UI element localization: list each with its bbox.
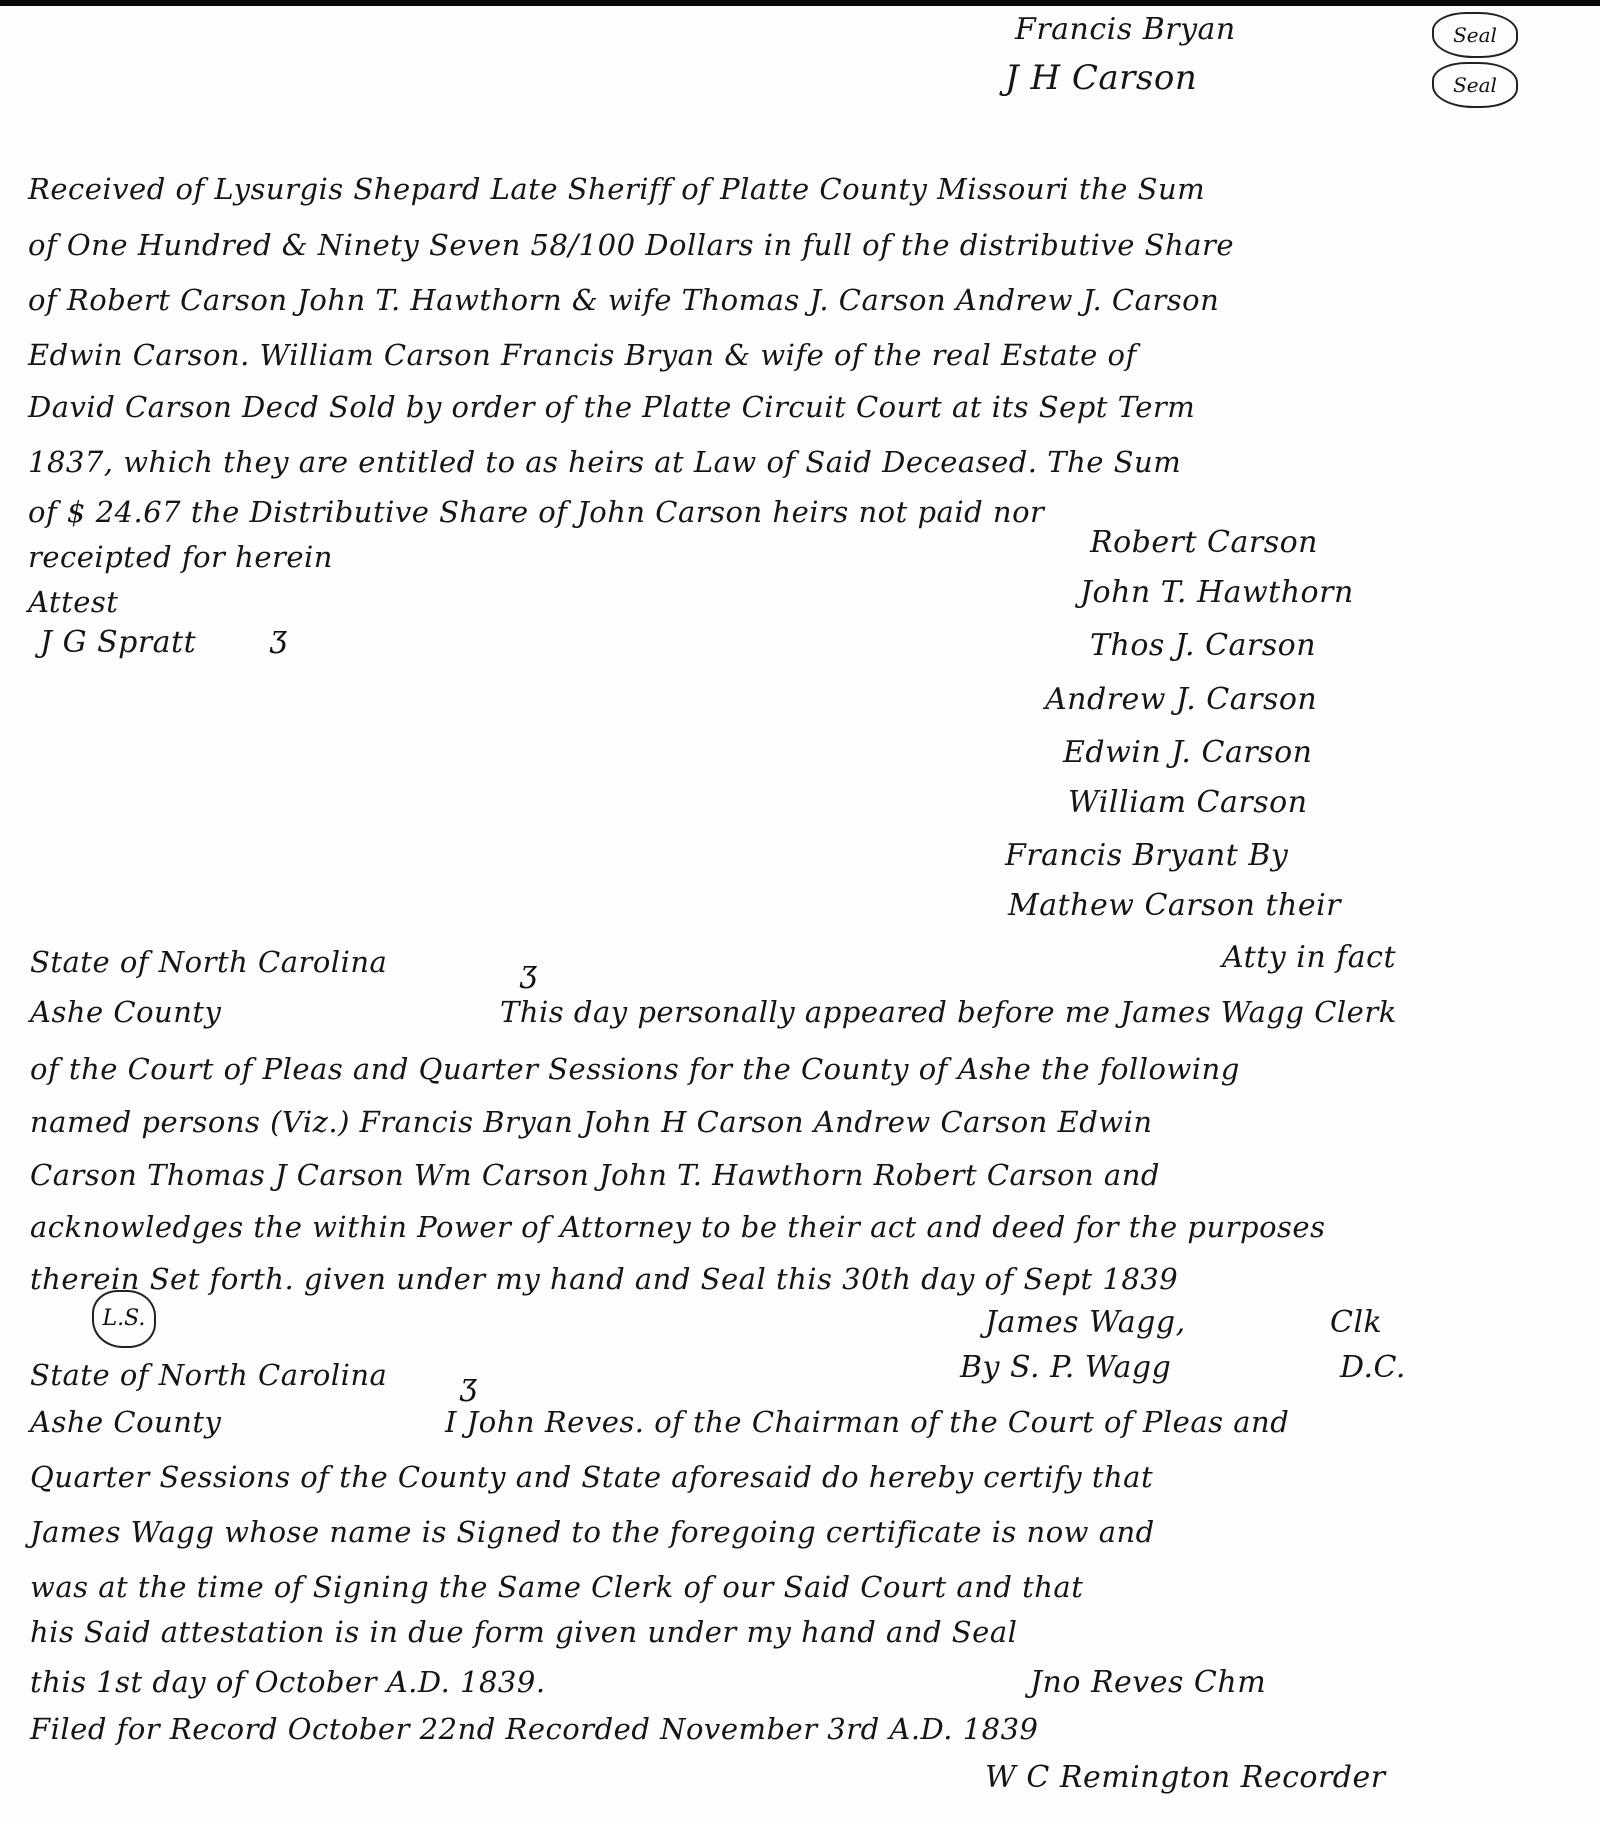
cert-line-3: James Wagg whose name is Signed to the f… <box>30 1515 1155 1549</box>
signature-jh-carson: J H Carson <box>1005 58 1197 98</box>
cert-line-2: Quarter Sessions of the County and State… <box>30 1460 1153 1494</box>
ack-line-5: acknowledges the within Power of Attorne… <box>30 1210 1325 1244</box>
attest-label: Attest <box>28 585 118 619</box>
clerk-title: Clk <box>1330 1305 1382 1340</box>
cert-line-5: his Said attestation is in due form give… <box>30 1615 1017 1649</box>
scan-top-border <box>0 0 1600 6</box>
receipt-line-2: of One Hundred & Ninety Seven 58/100 Dol… <box>28 228 1234 262</box>
ack-line-3: named persons (Viz.) Francis Bryan John … <box>30 1105 1153 1139</box>
chairman-signature: Jno Reves Chm <box>1030 1665 1266 1700</box>
brace: ʒ <box>270 620 287 655</box>
receipt-line-6: 1837, which they are entitled to as heir… <box>28 445 1181 479</box>
signatory-john-hawthorn: John T. Hawthorn <box>1080 575 1354 610</box>
ack-line-4: Carson Thomas J Carson Wm Carson John T.… <box>30 1158 1160 1192</box>
ack-line-1: This day personally appeared before me J… <box>500 995 1397 1029</box>
receipt-line-7: of $ 24.67 the Distributive Share of Joh… <box>28 495 1044 529</box>
brace: ʒ <box>460 1368 477 1403</box>
deputy-title: D.C. <box>1340 1350 1406 1385</box>
signatory-atty-in-fact: Atty in fact <box>1222 940 1396 975</box>
signatory-thos-carson: Thos J. Carson <box>1090 628 1316 663</box>
signature-francis-bryan: Francis Bryan <box>1015 12 1236 47</box>
ack-seal: L.S. <box>92 1290 156 1348</box>
receipt-line-3: of Robert Carson John T. Hawthorn & wife… <box>28 283 1219 317</box>
cert-line-1: I John Reves. of the Chairman of the Cou… <box>445 1405 1289 1439</box>
cert-county: Ashe County <box>30 1405 221 1439</box>
signatory-andrew-carson: Andrew J. Carson <box>1045 682 1317 717</box>
signatory-francis-bryant: Francis Bryant By <box>1005 838 1288 873</box>
ack-state: State of North Carolina <box>30 945 387 979</box>
deputy-signature: By S. P. Wagg <box>960 1350 1171 1385</box>
ack-county: Ashe County <box>30 995 221 1029</box>
seal-1: Seal <box>1432 12 1518 58</box>
ack-line-2: of the Court of Pleas and Quarter Sessio… <box>30 1052 1240 1086</box>
ack-line-6: therein Set forth. given under my hand a… <box>30 1262 1178 1296</box>
signatory-robert-carson: Robert Carson <box>1090 525 1318 560</box>
clerk-signature: James Wagg, <box>985 1305 1186 1340</box>
filing-line: Filed for Record October 22nd Recorded N… <box>30 1712 1039 1746</box>
attest-witness-signature: J G Spratt <box>40 625 196 660</box>
recorder-signature: W C Remington Recorder <box>985 1760 1386 1795</box>
seal-2: Seal <box>1432 62 1518 108</box>
receipt-line-1: Received of Lysurgis Shepard Late Sherif… <box>28 172 1205 206</box>
cert-line-4: was at the time of Signing the Same Cler… <box>30 1570 1083 1604</box>
receipt-line-4: Edwin Carson. William Carson Francis Bry… <box>28 338 1137 372</box>
signatory-edwin-carson: Edwin J. Carson <box>1063 735 1312 770</box>
brace: ʒ <box>520 955 537 990</box>
signatory-mathew-carson: Mathew Carson their <box>1008 888 1341 923</box>
signatory-william-carson: William Carson <box>1068 785 1308 820</box>
receipt-line-5: David Carson Decd Sold by order of the P… <box>28 390 1195 424</box>
cert-line-6: this 1st day of October A.D. 1839. <box>30 1665 546 1699</box>
cert-state: State of North Carolina <box>30 1358 387 1392</box>
receipt-line-8: receipted for herein <box>28 540 333 574</box>
